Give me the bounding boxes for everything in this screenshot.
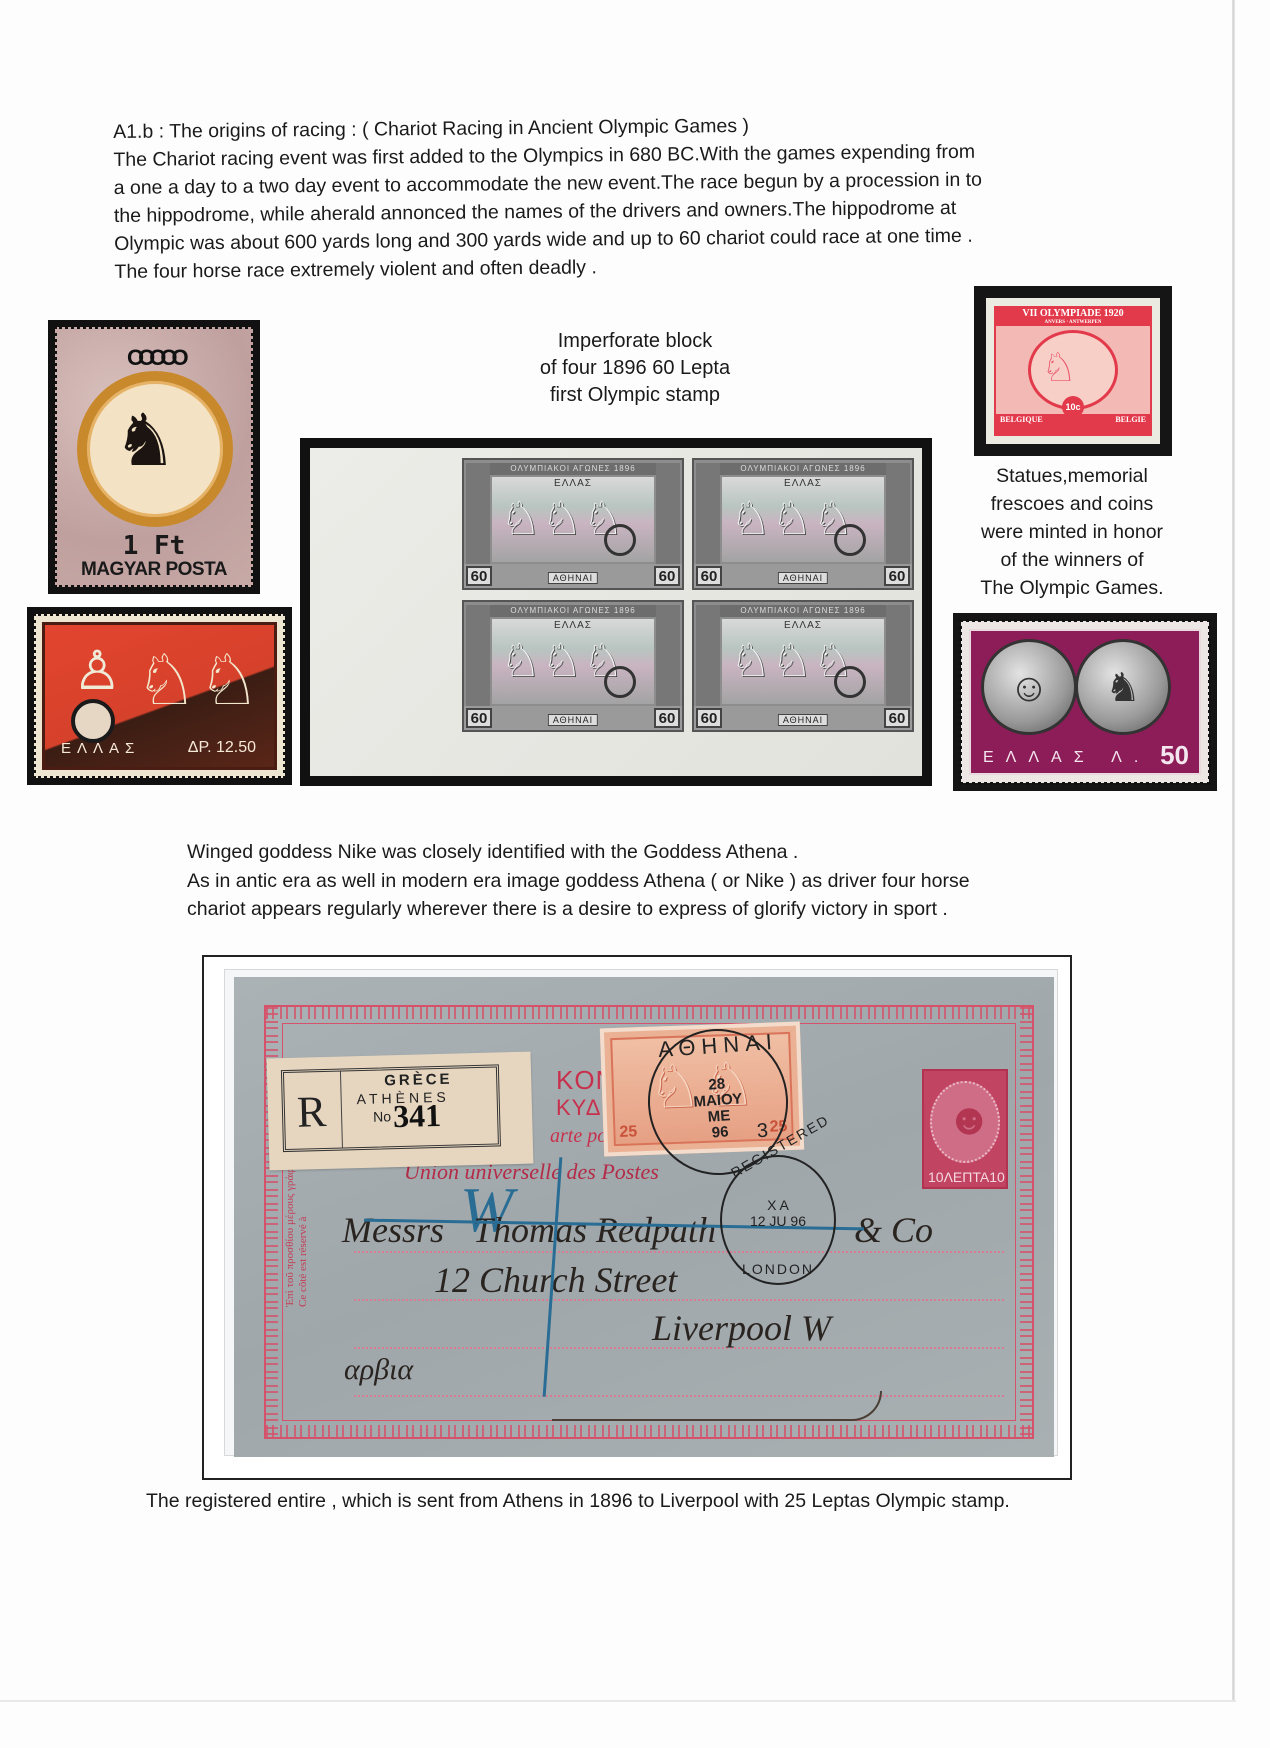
coin-head-icon: ☺ <box>981 639 1077 735</box>
address-city: Liverpool W <box>652 1307 831 1349</box>
registration-country: GRÈCE <box>384 1071 453 1090</box>
text-line: chariot appears regularly wherever there… <box>187 895 1137 924</box>
stamp-1896-60-lepta: ΟΛΥΜΠΙΑΚΟΙ ΑΓΩΝΕΣ 1896ΕΛΛΑΣ♘♘♘60ΑΘΗΝΑΙ60 <box>462 600 684 732</box>
stamp-value: 60 <box>696 708 722 728</box>
ink-swash <box>552 1391 882 1421</box>
horse-rider-icon: ♞ <box>113 405 178 477</box>
stamp-1896-60-lepta: ΟΛΥΜΠΙΑΚΟΙ ΑΓΩΝΕΣ 1896ΕΛΛΑΣ♘♘♘60ΑΘΗΝΑΙ60 <box>462 458 684 590</box>
chariot-wheel-icon <box>71 699 115 743</box>
card-side-text: Ἐπὶ τοῦ προσθίου μέρους γράφεται Ce côté… <box>284 1151 310 1307</box>
chariot-wheel-icon <box>604 524 636 556</box>
stamp-city: ΑΘΗΝΑΙ <box>778 714 828 726</box>
stamp-value: 50 <box>1160 740 1189 771</box>
medallion: ♞ <box>77 371 233 527</box>
stamp-image: OOOOO ♞ 1 Ft MAGYAR POSTA <box>55 327 253 587</box>
caption-line: Imperforate block <box>510 328 760 355</box>
london-registered-postmark: REGISTERED X A 12 JU 96 LONDON <box>720 1155 836 1285</box>
caryatid-icon <box>466 463 490 564</box>
stamp-greece-chariot: ♙ ♘♘ ΕΛΛΑΣ ΔΡ. 12.50 <box>27 607 292 785</box>
charioteer-icon: ♙ <box>73 639 121 702</box>
page-edge <box>1232 0 1235 1700</box>
card-carte-postale: arte po <box>550 1125 607 1148</box>
caption-line: were minted in honor <box>972 518 1172 546</box>
stamp-value: 60 <box>466 708 492 728</box>
caption-line: frescoes and coins <box>972 490 1172 518</box>
caption-line: first Olympic stamp <box>510 382 760 409</box>
registration-label: R GRÈCE ATHÈNES No 341 <box>267 1052 534 1171</box>
caryatid-icon <box>886 605 910 706</box>
caption-line: of four 1896 60 Lepta <box>510 355 760 382</box>
address-street: 12 Church Street <box>434 1259 677 1301</box>
stamp-frame: VII OLYMPIADE 1920 ANVERS · ANTWERPEN ♘ … <box>994 306 1152 436</box>
caryatid-icon <box>466 605 490 706</box>
stamp-greece-coins: ☺ ♞ ΕΛΛΑΣ Λ. 50 <box>953 613 1217 791</box>
stamp-frame: ☺ ♞ ΕΛΛΑΣ Λ. 50 <box>969 629 1201 775</box>
block-caption: Imperforate block of four 1896 60 Lepta … <box>510 328 760 409</box>
stamp-value: 1 Ft <box>55 531 253 561</box>
stamp-value: ΔΡ. 12.50 <box>188 739 256 757</box>
intro-text: A1.b : The origins of racing : ( Chariot… <box>113 108 1115 286</box>
cover-caption: The registered entire , which is sent fr… <box>146 1488 1146 1514</box>
text-line: As in antic era as well in modern era im… <box>187 867 1137 896</box>
stamp-country: ΕΛΛΑΣ <box>61 740 140 757</box>
page-bottom-edge <box>0 1700 1236 1702</box>
olympic-rings-icon: OOOOO <box>127 345 183 371</box>
chariot-icon: ♘ <box>1041 345 1077 391</box>
stamp-title: VII OLYMPIADE 1920 ANVERS · ANTWERPEN <box>996 308 1150 326</box>
stamp-value: 25 <box>619 1123 637 1142</box>
stamp-image: ♙ ♘♘ ΕΛΛΑΣ ΔΡ. 12.50 <box>34 614 285 778</box>
caryatid-icon <box>656 605 680 706</box>
stamp-country: BELGIQUE BELGIE <box>996 414 1150 434</box>
stamp-frame: ♙ ♘♘ ΕΛΛΑΣ ΔΡ. 12.50 <box>42 622 277 770</box>
address-recipient: Messrs Thomas Redpath <box>342 1209 716 1251</box>
stamp-image: ☺ ♞ ΕΛΛΑΣ Λ. 50 <box>961 621 1209 783</box>
stamp-image: VII OLYMPIADE 1920 ANVERS · ANTWERPEN ♘ … <box>986 298 1160 444</box>
registration-number: 341 <box>393 1097 442 1135</box>
imperforate-block-of-four: ΟΛΥΜΠΙΑΚΟΙ ΑΓΩΝΕΣ 1896ΕΛΛΑΣ♘♘♘60ΑΘΗΝΑΙ60… <box>300 438 932 786</box>
caption-line: The Olympic Games. <box>972 574 1172 602</box>
caryatid-icon <box>696 463 720 564</box>
stamp-city: ΑΘΗΝΑΙ <box>778 572 828 584</box>
chariot-wheel-icon <box>834 524 866 556</box>
text-line: Winged goddess Nike was closely identifi… <box>187 838 1137 867</box>
caption-line: Statues,memorial <box>972 462 1172 490</box>
chariot-wheel-icon <box>834 666 866 698</box>
caryatid-icon <box>656 463 680 564</box>
stamp-value: 60 <box>466 566 492 586</box>
stamp-value: 60 <box>884 566 910 586</box>
chariot-wheel-icon <box>604 666 636 698</box>
stamp-value: 60 <box>654 708 680 728</box>
registration-letter: R <box>296 1086 327 1138</box>
address-company-suffix: & Co <box>854 1209 933 1251</box>
stamp-value: 60 <box>696 566 722 586</box>
coin-chariot-icon: ♞ <box>1075 639 1171 735</box>
caryatid-icon <box>886 463 910 564</box>
registered-postal-card: Ἐπὶ τοῦ προσθίου μέρους γράφεται Ce côté… <box>234 977 1054 1457</box>
horses-icon: ♘♘ <box>135 639 261 721</box>
stamp-1896-60-lepta: ΟΛΥΜΠΙΑΚΟΙ ΑΓΩΝΕΣ 1896ΕΛΛΑΣ♘♘♘60ΑΘΗΝΑΙ60 <box>692 600 914 732</box>
stamp-city: ΑΘΗΝΑΙ <box>548 572 598 584</box>
sheet-margin: ΟΛΥΜΠΙΑΚΟΙ ΑΓΩΝΕΣ 1896ΕΛΛΑΣ♘♘♘60ΑΘΗΝΑΙ60… <box>310 448 922 776</box>
cover-mount: Ἐπὶ τοῦ προσθίου μέρους γράφεται Ce côté… <box>202 955 1072 1480</box>
caption-line: of the winners of <box>972 546 1172 574</box>
caryatid-icon <box>696 605 720 706</box>
address-note: αρβια <box>344 1353 413 1387</box>
stamp-country: ΕΛΛΑΣ Λ. <box>983 749 1150 767</box>
hermes-head-indicia: ☻ 10 ΛΕΠΤΑ 10 <box>922 1069 1008 1189</box>
hermes-head-icon: ☻ <box>946 1095 992 1145</box>
nike-description: Winged goddess Nike was closely identifi… <box>187 838 1137 924</box>
stamp-belgium-1920: VII OLYMPIADE 1920 ANVERS · ANTWERPEN ♘ … <box>974 286 1172 456</box>
stamp-value: 60 <box>884 708 910 728</box>
statues-caption: Statues,memorial frescoes and coins were… <box>972 462 1172 602</box>
stamp-hungary-1960: OOOOO ♞ 1 Ft MAGYAR POSTA <box>48 320 260 594</box>
stamp-city: ΑΘΗΝΑΙ <box>548 714 598 726</box>
stamp-value: 60 <box>654 566 680 586</box>
registration-no-prefix: No <box>373 1108 391 1124</box>
stamp-1896-60-lepta: ΟΛΥΜΠΙΑΚΟΙ ΑΓΩΝΕΣ 1896ΕΛΛΑΣ♘♘♘60ΑΘΗΝΑΙ60 <box>692 458 914 590</box>
stamp-country: MAGYAR POSTA <box>55 559 253 581</box>
address-line <box>354 1251 1004 1253</box>
